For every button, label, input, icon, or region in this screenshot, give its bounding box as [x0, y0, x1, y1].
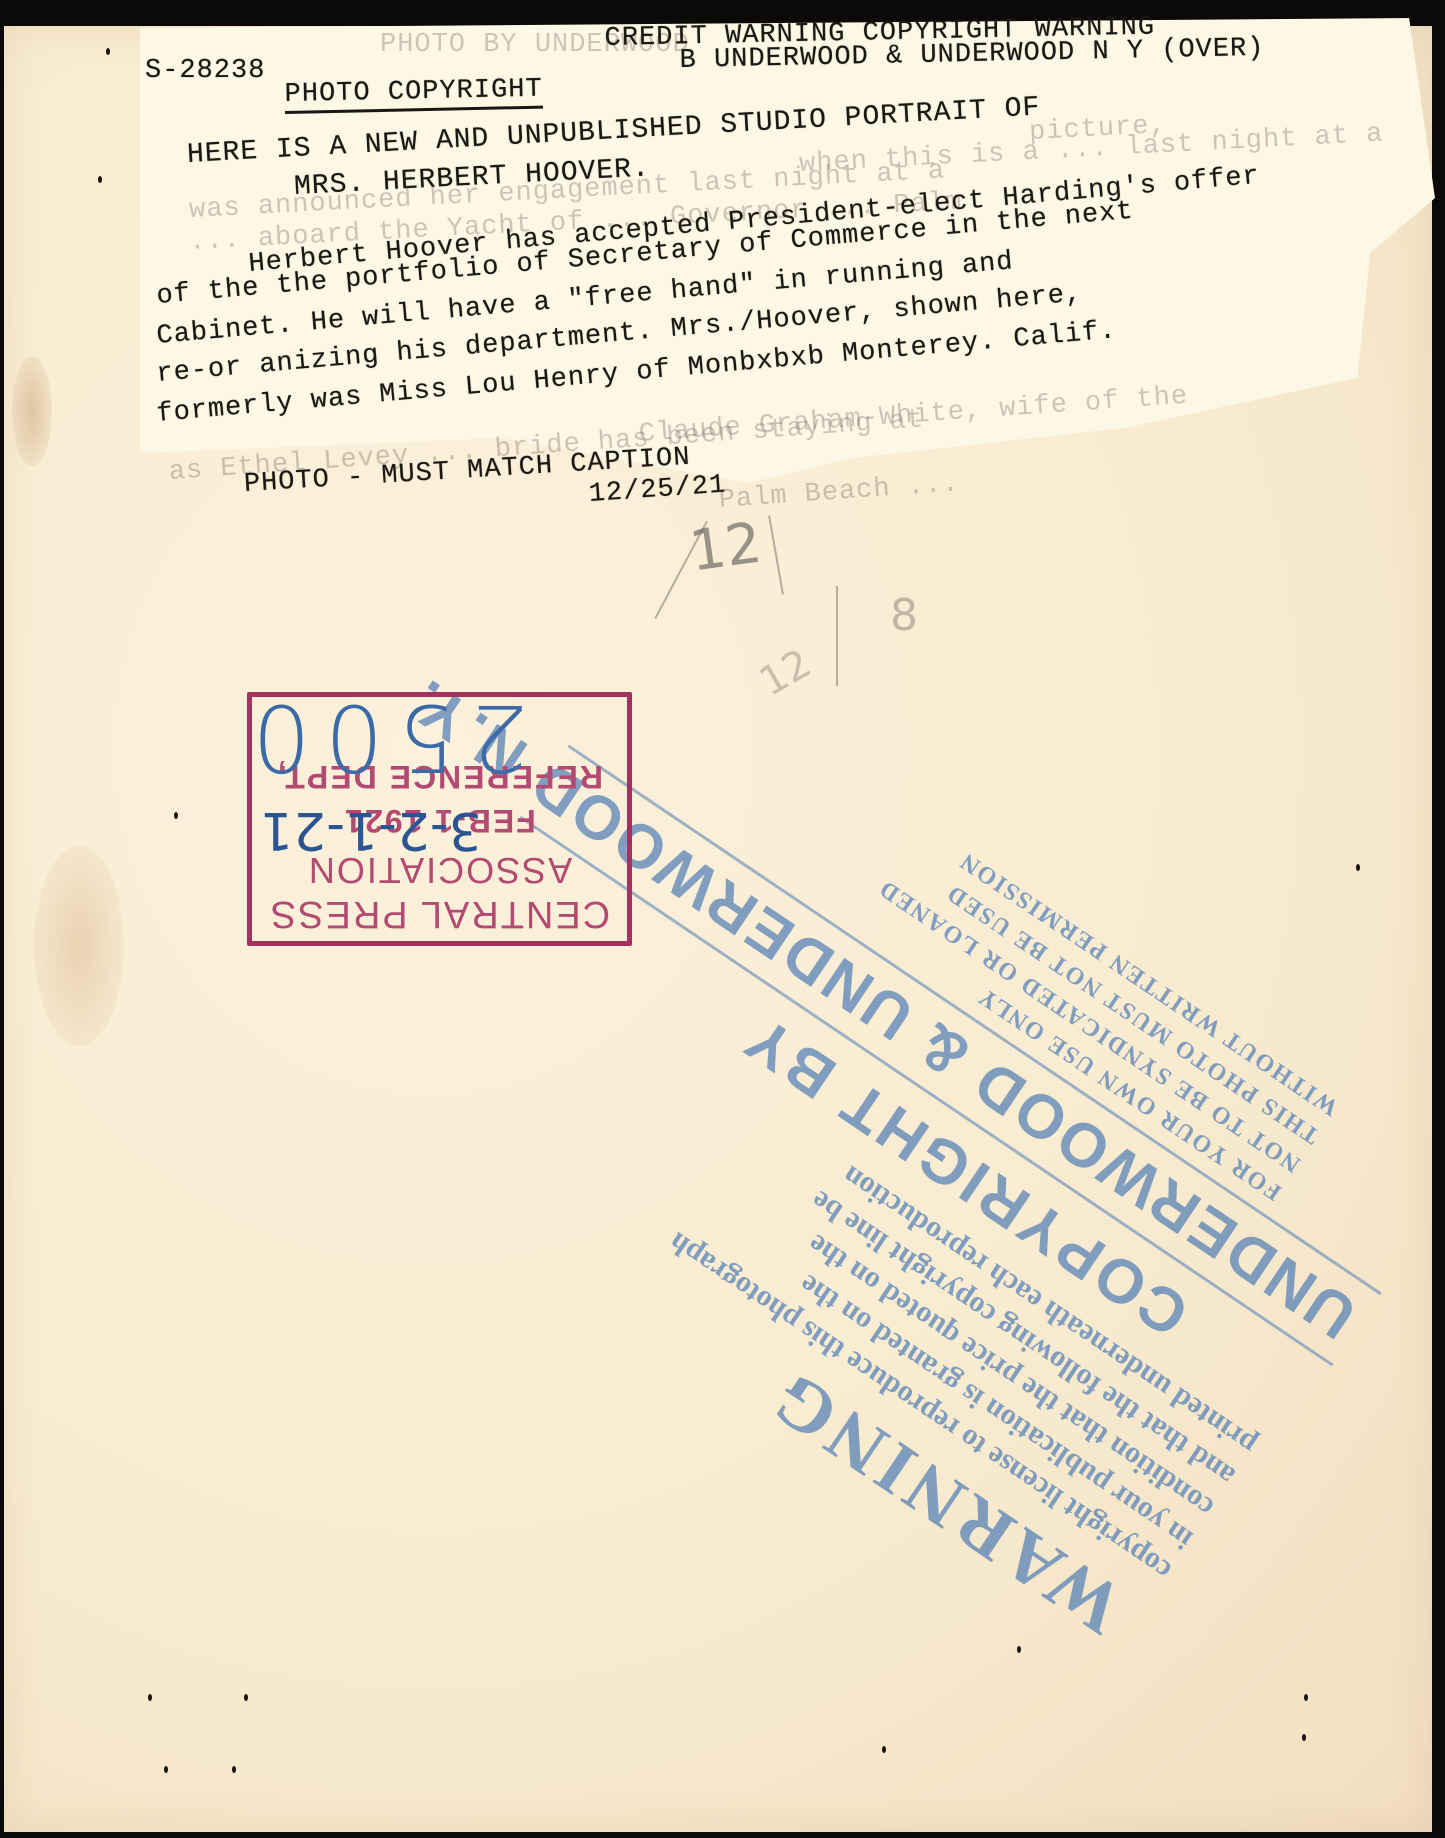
paper-speck — [244, 1694, 248, 1701]
paper-stain — [34, 846, 124, 1046]
paper-speck — [174, 812, 178, 819]
handwritten-date: 3-2-1-21 — [260, 800, 482, 860]
stamp-line-central-press: CENTRAL PRESS — [252, 892, 627, 935]
paper-speck — [882, 1746, 886, 1753]
paper-speck — [106, 48, 110, 55]
handwritten-number: 2500 — [238, 684, 528, 791]
paper-stain — [12, 356, 52, 466]
paper-speck — [164, 1766, 168, 1773]
photo-copyright-header: PHOTO COPYRIGHT — [284, 75, 543, 110]
paper-speck — [1304, 1694, 1308, 1701]
paper-speck — [148, 1694, 152, 1701]
paper-speck — [1356, 864, 1360, 871]
pencil-mark: 8 — [890, 590, 918, 641]
paper-speck — [232, 1766, 236, 1773]
photo-copyright-text: PHOTO COPYRIGHT — [284, 75, 543, 114]
paper-speck — [98, 176, 102, 183]
serial-number: S-28238 — [145, 56, 265, 86]
paper-speck — [1017, 1646, 1021, 1653]
paper-speck — [1302, 1734, 1306, 1741]
